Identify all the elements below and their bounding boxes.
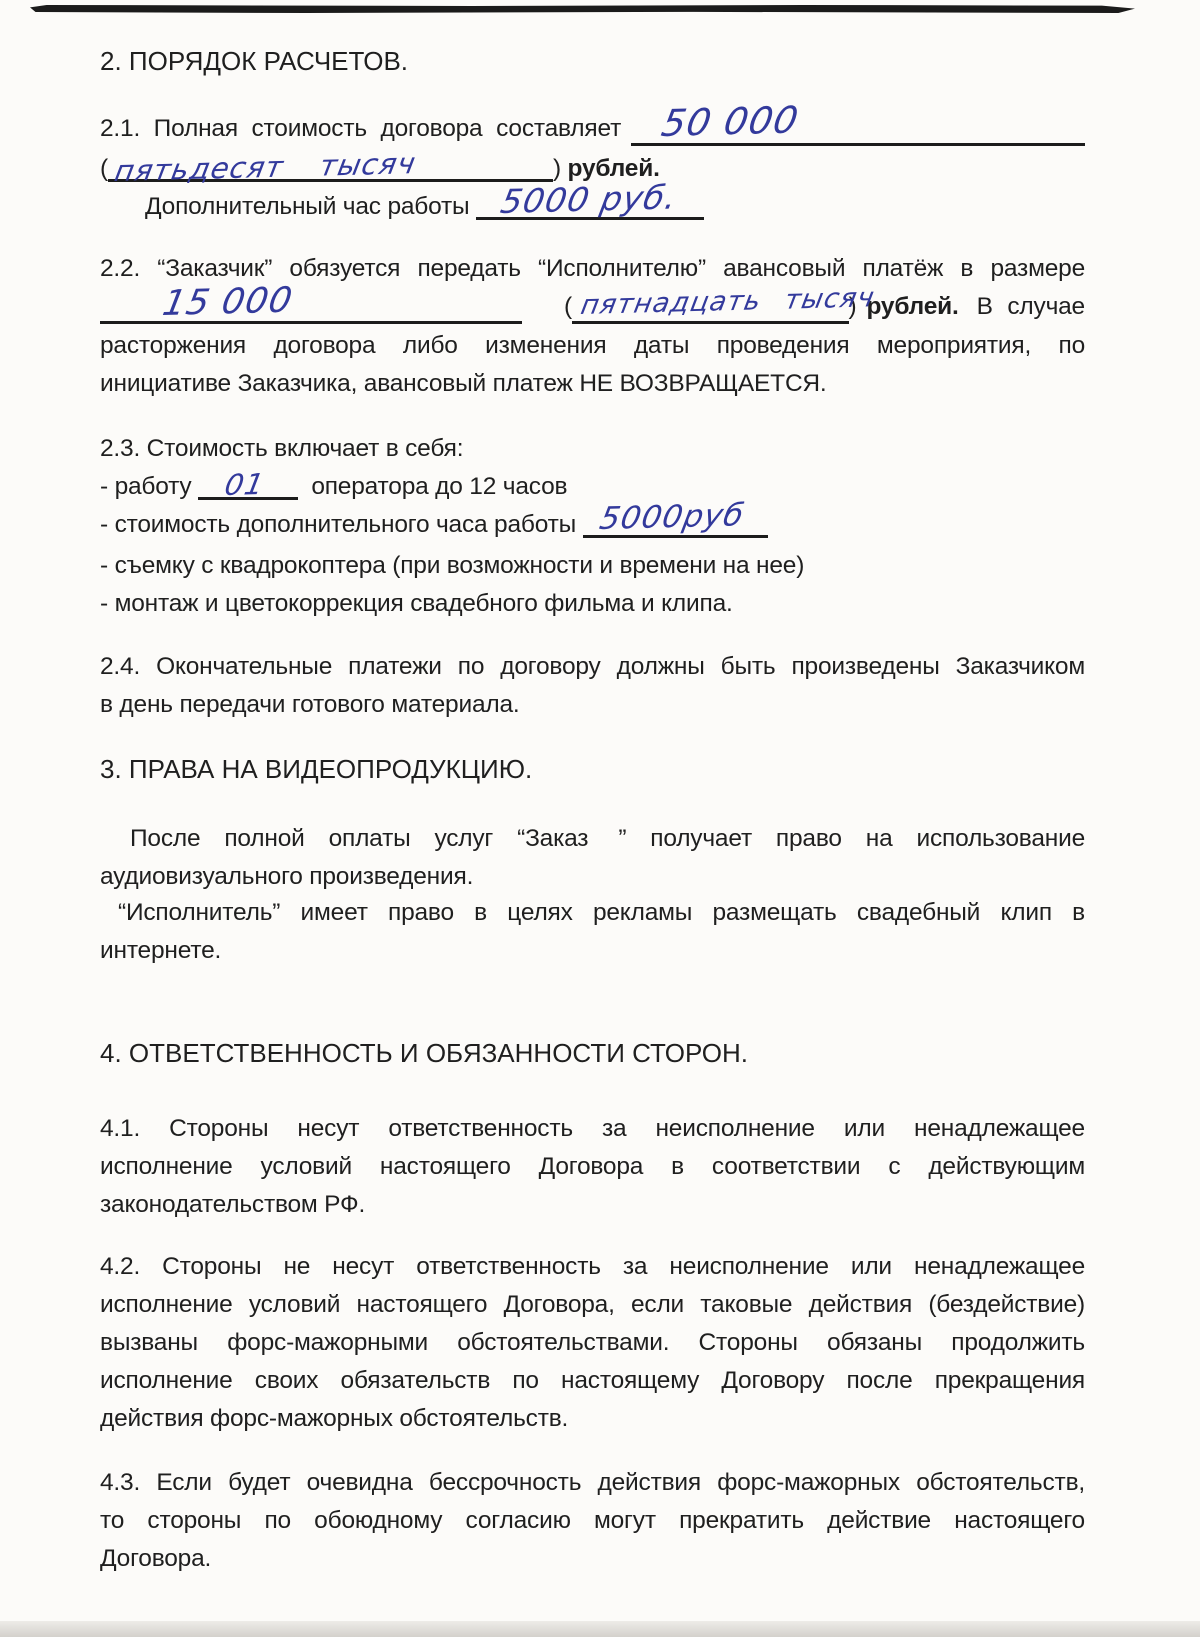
section-3-para-1-line-1: После полной оплаты услуг “Заказ” получа… <box>100 822 1085 856</box>
clause-4-1-line-3: законодательством РФ. <box>100 1188 1085 1222</box>
handwritten-total-words: пятьдесят тысяч <box>112 146 419 188</box>
item-1-post: оператора до 12 часов <box>311 473 567 500</box>
clause-2-2-line-3: расторжения договора либо изменения даты… <box>100 329 1085 363</box>
total-words-fill-line: пятьдесят тысяч <box>108 156 553 182</box>
close-paren: ) <box>553 155 561 182</box>
open-paren: ( <box>564 290 572 324</box>
clause-2-2-line-4: инициативе Заказчика, авансовый платеж Н… <box>100 367 1085 401</box>
rubles-label: рублей. <box>866 290 958 324</box>
item-2-pre: - стоимость дополнительного часа работы <box>100 511 576 538</box>
clause-4-2-line-4: исполнение своих обязательств по настоящ… <box>100 1364 1085 1398</box>
para-1-line-1-b: ” получает право на использование <box>618 825 1085 852</box>
clause-4-3-line-3: Договора. <box>100 1542 1085 1576</box>
item-1-pre: - работу <box>100 473 191 500</box>
total-amount-fill-line: 50 000 <box>631 113 1085 146</box>
para-1-line-1-a: После полной оплаты услуг “Заказ <box>130 825 588 852</box>
operators-fill-line: 01 <box>198 474 298 500</box>
extra-hour-cost-fill-line: 5000руб <box>583 512 768 538</box>
clause-2-3-item-2: - стоимость дополнительного часа работы … <box>100 508 1085 542</box>
clause-4-3-line-1: 4.3. Если будет очевидна бессрочность де… <box>100 1466 1085 1500</box>
clause-4-1-line-2: исполнение условий настоящего Договора в… <box>100 1150 1085 1184</box>
section-4-heading: 4. ОТВЕТСТВЕННОСТЬ И ОБЯЗАННОСТИ СТОРОН. <box>100 1036 1085 1070</box>
advance-words-fill-line: пятнадцать тысяч <box>572 291 849 324</box>
clause-2-1-lead: 2.1. Полная стоимость договора составляе… <box>100 112 621 146</box>
handwritten-operators-count: 01 <box>222 467 267 502</box>
clause-2-2-line-2: 15 000 ( пятнадцать тысяч ) рублей. В сл… <box>100 290 1085 324</box>
scan-artifact-top-bar <box>30 5 1135 13</box>
clause-2-4-line-1: 2.4. Окончательные платежи по договору д… <box>100 650 1085 684</box>
clause-2-4-line-2: в день передачи готового материала. <box>100 688 1085 722</box>
section-3-para-2-line-2: интернете. <box>100 934 1085 968</box>
section-3-para-1-line-2: аудиовизуального произведения. <box>100 860 1085 894</box>
clause-2-3-item-3: - съемку с квадрокоптера (при возможност… <box>100 549 1085 583</box>
clause-4-3-line-2: то стороны по обоюдному согласию могут п… <box>100 1504 1085 1538</box>
handwritten-extra-hour-value: 5000 руб. <box>498 180 680 219</box>
scanned-contract-page: 2. ПОРЯДОК РАСЧЕТОВ. 2.1. Полная стоимос… <box>0 0 1200 1637</box>
clause-2-2-line-2-tail: В случае <box>977 290 1085 324</box>
open-paren: ( <box>100 155 108 182</box>
clause-4-2-line-3: вызваны форс-мажорными обстоятельствами.… <box>100 1326 1085 1360</box>
clause-4-2-line-2: исполнение условий настоящего Договора, … <box>100 1288 1085 1322</box>
advance-amount-fill-line: 15 000 <box>100 291 522 324</box>
clause-4-2-line-1: 4.2. Стороны не несут ответственность за… <box>100 1250 1085 1284</box>
clause-2-3-item-1: - работу 01 оператора до 12 часов <box>100 470 1085 504</box>
clause-2-3-lead: 2.3. Стоимость включает в себя: <box>100 432 1085 466</box>
handwritten-extra-hour-cost: 5000руб <box>597 498 747 536</box>
clause-2-1-line-3: Дополнительный час работы 5000 руб. <box>100 190 1085 224</box>
handwritten-advance-words: пятнадцать тысяч <box>578 281 878 323</box>
extra-hour-fill-line: 5000 руб. <box>476 194 704 220</box>
section-2-heading: 2. ПОРЯДОК РАСЧЕТОВ. <box>100 44 1085 78</box>
section-3-heading: 3. ПРАВА НА ВИДЕОПРОДУКЦИЮ. <box>100 752 1085 786</box>
section-3-para-2-line-1: “Исполнитель” имеет право в целях реклам… <box>100 896 1085 930</box>
handwritten-advance-figure: 15 000 <box>160 284 295 321</box>
clause-2-1-line-1: 2.1. Полная стоимость договора составляе… <box>100 112 1085 146</box>
clause-4-1-line-1: 4.1. Стороны несут ответственность за не… <box>100 1112 1085 1146</box>
extra-hour-label: Дополнительный час работы <box>145 193 469 220</box>
clause-2-3-item-4: - монтаж и цветокоррекция свадебного фил… <box>100 587 1085 621</box>
scan-artifact-bottom-band <box>0 1621 1200 1637</box>
clause-4-2-line-5: действия форс-мажорных обстоятельств. <box>100 1402 1085 1436</box>
handwritten-total-figure: 50 000 <box>659 103 802 141</box>
